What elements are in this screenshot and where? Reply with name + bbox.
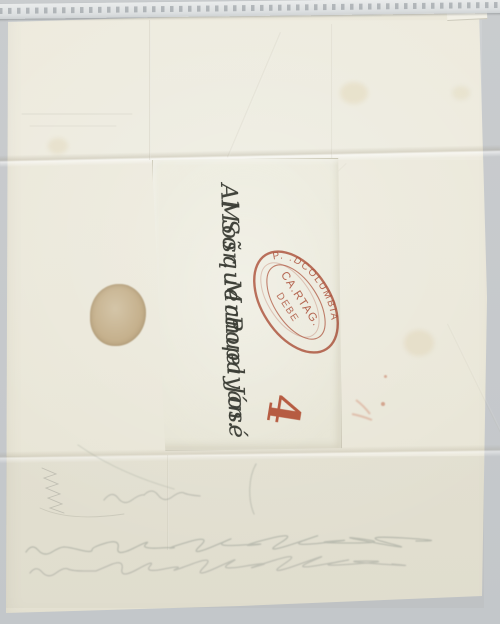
vertical-crease-left xyxy=(149,20,151,160)
age-spot xyxy=(404,330,434,356)
photo-of-folded-letter: Al Sõr. Manuel José Mosquera Popayán. P.… xyxy=(0,0,500,624)
red-speck xyxy=(384,375,387,378)
age-spot xyxy=(340,82,368,104)
oval-postmark: P. .DCOLUMBIA CA.RTAG. DEBE xyxy=(241,243,351,361)
age-spot xyxy=(452,86,470,100)
age-spot xyxy=(48,138,68,154)
vertical-crease-bottom xyxy=(167,455,169,550)
vertical-crease-right xyxy=(331,24,333,158)
red-speck xyxy=(381,402,385,406)
lower-fold-panel xyxy=(6,456,484,608)
upper-fold-panel xyxy=(8,20,482,160)
oval-postmark-graphic: P. .DCOLUMBIA CA.RTAG. DEBE xyxy=(241,243,351,361)
film-strip-perforations xyxy=(0,2,499,14)
